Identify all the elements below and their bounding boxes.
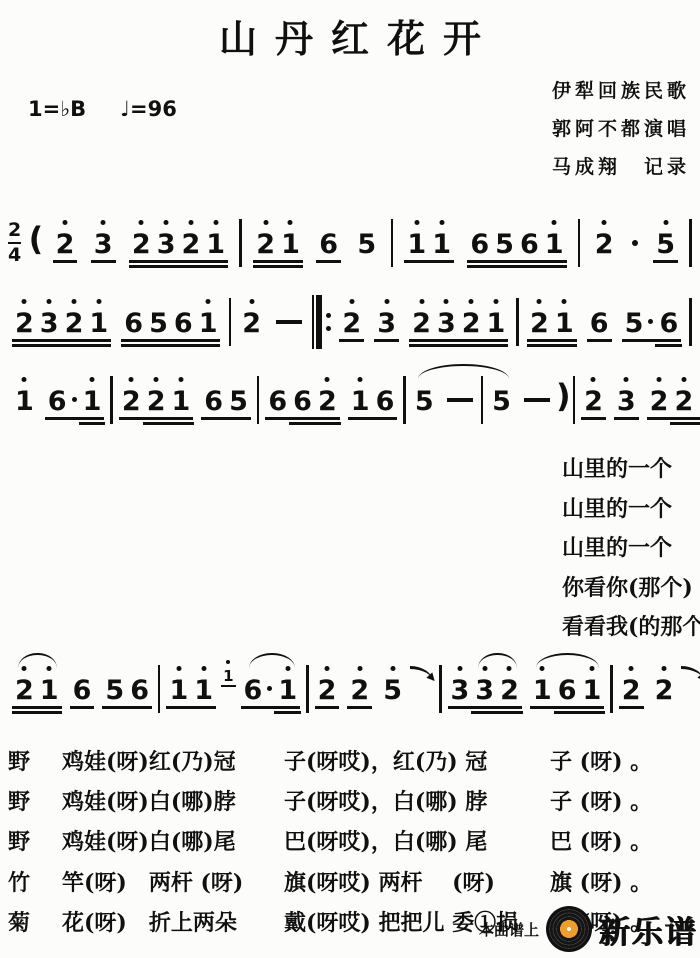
- octave-dot: [96, 299, 101, 304]
- note-group: 2: [579, 374, 608, 427]
- note: 1: [530, 663, 555, 704]
- watermark-prefix: 本曲谱上: [479, 919, 539, 940]
- credits-block: 伊犁回族民歌 郭阿不都演唱 马成翔 记录: [552, 72, 690, 186]
- note-group: 2321: [407, 296, 510, 349]
- score-line-4: 2165611161225332161220: [8, 652, 694, 726]
- pickup-lyric-line: 山里的一个: [562, 490, 700, 530]
- score-line-1: 24(232321216511656125: [8, 206, 694, 280]
- vinyl-record-icon: [546, 906, 592, 952]
- octave-dot: [201, 666, 206, 671]
- tempo-marking: ♩=96: [120, 97, 177, 121]
- note: 2: [12, 296, 37, 337]
- note: 6: [121, 296, 146, 337]
- note-group: 61: [43, 374, 107, 427]
- note-group: 61: [239, 663, 303, 716]
- note-group: 221: [117, 374, 195, 427]
- verse-row: 野鸡娃(呀)白(哪)尾巴(呀哎)，白(哪) 尾巴 (呀) 。: [8, 821, 700, 861]
- barline: [689, 219, 692, 267]
- barline: [110, 376, 113, 424]
- note: 1: [579, 663, 604, 704]
- note: 2: [581, 374, 606, 415]
- barline: [689, 298, 692, 346]
- octave-dot: [154, 377, 159, 382]
- note-group: 65: [199, 374, 253, 427]
- note-group: 2: [51, 217, 80, 270]
- octave-dot: [357, 666, 362, 671]
- verse-segment: 鸡娃(呀)白(哪)尾: [62, 825, 284, 856]
- note: 3: [374, 296, 399, 337]
- note: 6: [587, 296, 612, 337]
- note: 1: [191, 663, 216, 704]
- note-group: 6561: [119, 296, 222, 349]
- note: 2: [253, 217, 278, 258]
- note: 2: [459, 296, 484, 337]
- octave-dot: [47, 299, 52, 304]
- augmentation-dot: [267, 686, 272, 691]
- note-group: 662: [263, 374, 341, 427]
- octave-dot: [439, 220, 444, 225]
- octave-dot: [62, 220, 67, 225]
- octave-dot: [349, 299, 354, 304]
- octave-dot: [176, 666, 181, 671]
- note-group: 161: [528, 663, 606, 716]
- note-group: 6561: [465, 217, 568, 270]
- note-group: 21: [525, 296, 579, 349]
- watermark-brand: 新乐谱: [599, 907, 698, 952]
- octave-dot: [629, 666, 634, 671]
- half-note-dash: [447, 398, 473, 402]
- note: 2: [647, 374, 672, 415]
- octave-dot: [263, 220, 268, 225]
- verse-segment: 鸡娃(呀)白(哪)脖: [62, 785, 284, 816]
- note-group: 5: [410, 374, 439, 427]
- note-group: 2: [237, 296, 266, 349]
- half-note-dash: [524, 398, 550, 402]
- score-line-2: 23216561223232121656: [8, 285, 694, 359]
- note: 2: [592, 217, 617, 258]
- credit-source: 伊犁回族民歌: [552, 72, 690, 110]
- barline: [229, 298, 232, 346]
- note: 5: [622, 296, 657, 337]
- octave-dot: [414, 220, 419, 225]
- score-line-3: 161221656621655)23223: [8, 363, 694, 437]
- note: 1: [12, 374, 37, 415]
- time-signature: 24: [8, 221, 21, 265]
- note: 6: [373, 374, 398, 415]
- note-group: 2: [617, 663, 646, 716]
- watermark-footer: 本曲谱上 新乐谱: [479, 906, 698, 952]
- octave-dot: [213, 220, 218, 225]
- octave-dot: [419, 299, 424, 304]
- note: 3: [448, 663, 473, 704]
- slur-arc: [418, 364, 509, 379]
- verse-segment: 子 (呀) 。: [550, 745, 700, 776]
- note-group: 2: [337, 296, 366, 349]
- half-note-dash: [276, 320, 302, 324]
- octave-dot: [444, 299, 449, 304]
- note: 6: [171, 296, 196, 337]
- barline: [239, 219, 242, 267]
- verse-segment: 菊: [8, 906, 62, 937]
- note: 6: [517, 217, 542, 258]
- note: 5: [489, 374, 514, 415]
- paren: (: [29, 220, 44, 258]
- sheet-music-page: 山丹红花开 1=♭B♩=96 伊犁回族民歌 郭阿不都演唱 马成翔 记录 24(2…: [0, 0, 700, 958]
- pickup-lyric-line: 你看你(那个): [562, 569, 700, 609]
- note-group: 6: [585, 296, 614, 349]
- verse-segment: 野: [8, 825, 62, 856]
- octave-dot: [602, 220, 607, 225]
- note: 5: [354, 217, 379, 258]
- octave-dot: [591, 377, 596, 382]
- pickup-lyric-line: 山里的一个: [562, 529, 700, 569]
- note: 1: [37, 663, 62, 704]
- note-group: 2: [650, 663, 679, 716]
- note: 2: [12, 663, 37, 704]
- note: 6: [656, 296, 681, 337]
- note: 3: [37, 296, 62, 337]
- note: 2: [239, 296, 264, 337]
- note-group: 56: [100, 663, 154, 716]
- note: 6: [127, 663, 152, 704]
- slur-arc: [18, 653, 56, 668]
- note: 1: [203, 217, 228, 258]
- note-group: 5: [352, 217, 381, 270]
- barline: [481, 376, 484, 424]
- note-group: 2321: [127, 217, 230, 270]
- note: 2: [129, 217, 154, 258]
- verse-row: 竹竿(呀) 两杆 (呀)旗(呀哎) 两杆 (呀)旗 (呀) 。: [8, 861, 700, 901]
- note: 2: [62, 296, 87, 337]
- octave-dot: [129, 377, 134, 382]
- barline: [403, 376, 406, 424]
- note: 1: [168, 374, 193, 415]
- note: 5: [653, 217, 678, 258]
- octave-dot: [681, 377, 686, 382]
- octave-dot: [139, 220, 144, 225]
- paren: ): [556, 377, 571, 415]
- note: 5: [226, 374, 251, 415]
- barline: [306, 665, 309, 713]
- note: 3: [91, 217, 116, 258]
- key-tempo-line: 1=♭B♩=96: [28, 97, 177, 121]
- note-group: 5: [487, 374, 516, 427]
- barline: [391, 219, 394, 267]
- pickup-lyric-line: 看看我(的那个): [562, 608, 700, 648]
- note: 6: [467, 217, 492, 258]
- note: 1: [404, 217, 429, 258]
- note: 2: [409, 296, 434, 337]
- note: 5: [492, 217, 517, 258]
- note-group: 223: [645, 374, 700, 427]
- octave-dot: [624, 377, 629, 382]
- song-title: 山丹红花开: [0, 8, 700, 63]
- octave-dot: [493, 299, 498, 304]
- octave-dot: [457, 666, 462, 671]
- octave-dot: [101, 220, 106, 225]
- octave-dot: [325, 666, 330, 671]
- verse-segment: 野: [8, 745, 62, 776]
- verse-row: 野鸡娃(呀)白(哪)脖子(呀哎)，白(哪) 脖子 (呀) 。: [8, 780, 700, 820]
- octave-dot: [164, 220, 169, 225]
- note-group: 2321: [10, 296, 113, 349]
- barline: [578, 219, 581, 267]
- note: 1: [278, 217, 303, 258]
- barline: [610, 665, 613, 713]
- note: 6: [316, 217, 341, 258]
- verse-segment: 野: [8, 785, 62, 816]
- note: 2: [339, 296, 364, 337]
- verse-segment: 旗 (呀) 。: [550, 866, 700, 897]
- note: 6: [70, 663, 95, 704]
- note: 2: [315, 374, 340, 415]
- key-signature: 1=♭B: [28, 97, 86, 121]
- slur-arc: [478, 653, 516, 668]
- note-group: 6: [68, 663, 97, 716]
- note: 1: [196, 296, 221, 337]
- verse-segment: 子(呀哎)，白(哪) 脖: [284, 785, 550, 816]
- note: 1: [429, 217, 454, 258]
- note-group: 16: [346, 374, 400, 427]
- octave-dot: [663, 220, 668, 225]
- octave-dot: [188, 220, 193, 225]
- octave-dot: [178, 377, 183, 382]
- credit-transcriber: 马成翔 记录: [552, 148, 690, 186]
- verse-segment: 巴 (呀) 。: [550, 825, 700, 856]
- augmentation-dot: [632, 240, 638, 246]
- note: 2: [178, 217, 203, 258]
- note: 2: [53, 217, 78, 258]
- note: 1: [348, 374, 373, 415]
- slur-arc: [536, 653, 599, 668]
- verse-row: 野鸡娃(呀)红(乃)冠子(呀哎)，红(乃) 冠子 (呀) 。: [8, 740, 700, 780]
- verse-segment: 旗(呀哎) 两杆 (呀): [284, 866, 550, 897]
- octave-dot: [226, 660, 230, 664]
- barline: [439, 665, 442, 713]
- note-group: 3: [372, 296, 401, 349]
- note-group: 56: [620, 296, 684, 349]
- note-group: 21: [251, 217, 305, 270]
- note: 2: [144, 374, 169, 415]
- verse-segment: 子 (呀) 。: [550, 785, 700, 816]
- note: 1: [166, 663, 191, 704]
- octave-dot: [469, 299, 474, 304]
- note-group: 11: [402, 217, 456, 270]
- note: 6: [265, 374, 290, 415]
- note-group: 2: [345, 663, 374, 716]
- octave-dot: [384, 299, 389, 304]
- note: 2: [347, 663, 372, 704]
- grace-note: 1: [221, 660, 235, 687]
- note-group: 11: [164, 663, 218, 716]
- octave-dot: [89, 377, 94, 382]
- octave-dot: [661, 666, 666, 671]
- note: 5: [102, 663, 127, 704]
- octave-dot: [288, 220, 293, 225]
- note: 1: [275, 663, 300, 704]
- octave-dot: [22, 299, 27, 304]
- octave-dot: [22, 377, 27, 382]
- glissando-down-icon: [681, 666, 700, 682]
- note: 2: [497, 663, 522, 704]
- note: 2: [119, 374, 144, 415]
- note: 6: [45, 374, 80, 415]
- note-group: 6: [314, 217, 343, 270]
- verse-segment: 花(呀) 折上两朵: [62, 906, 284, 937]
- augmentation-dot: [648, 319, 653, 324]
- note: 6: [555, 663, 580, 704]
- credit-performer: 郭阿不都演唱: [552, 110, 690, 148]
- note: 3: [154, 217, 179, 258]
- note: 2: [315, 663, 340, 704]
- octave-dot: [552, 220, 557, 225]
- repeat-start-barline: [312, 295, 331, 349]
- note: 6: [241, 663, 276, 704]
- barline: [257, 376, 260, 424]
- verse-segment: 鸡娃(呀)红(乃)冠: [62, 745, 284, 776]
- note: 2: [652, 663, 677, 704]
- note: 5: [412, 374, 437, 415]
- barline: [158, 665, 161, 713]
- note: 1: [86, 296, 111, 337]
- note-group: 3: [612, 374, 641, 427]
- note: 1: [80, 374, 105, 415]
- note: 5: [380, 663, 405, 704]
- note: 1: [484, 296, 509, 337]
- note: 3: [472, 663, 497, 704]
- note: 2: [619, 663, 644, 704]
- note-group: 5: [651, 217, 680, 270]
- slur-arc: [249, 653, 295, 668]
- octave-dot: [657, 377, 662, 382]
- note: 2: [671, 374, 696, 415]
- note: 1: [552, 296, 577, 337]
- barline: [516, 298, 519, 346]
- note-group: 21: [10, 663, 64, 716]
- note-group: 332: [446, 663, 524, 716]
- barline: [573, 376, 576, 424]
- note: 6: [201, 374, 226, 415]
- verse-segment: 巴(呀哎)，白(哪) 尾: [284, 825, 550, 856]
- octave-dot: [249, 299, 254, 304]
- note: 3: [614, 374, 639, 415]
- octave-dot: [537, 299, 542, 304]
- glissando-down-icon: [410, 666, 436, 682]
- pickup-lyric-line: 山里的一个: [562, 450, 700, 490]
- note-group: 1: [10, 374, 39, 427]
- note: 2: [527, 296, 552, 337]
- octave-dot: [390, 666, 395, 671]
- note: 1: [542, 217, 567, 258]
- octave-dot: [71, 299, 76, 304]
- note-group: 3: [89, 217, 118, 270]
- note-group: 2: [313, 663, 342, 716]
- octave-dot: [206, 299, 211, 304]
- note-group: 2: [590, 217, 619, 270]
- augmentation-dot: [72, 397, 77, 402]
- note-group: 5: [378, 663, 407, 716]
- octave-dot: [358, 377, 363, 382]
- note: 6: [290, 374, 315, 415]
- note: 3: [434, 296, 459, 337]
- verse-segment: 竹: [8, 866, 62, 897]
- pickup-lyrics-column: 山里的一个山里的一个山里的一个你看你(那个)看看我(的那个): [562, 450, 700, 648]
- verse-segment: 竿(呀) 两杆 (呀): [62, 866, 284, 897]
- octave-dot: [562, 299, 567, 304]
- note: 3: [696, 374, 700, 415]
- octave-dot: [325, 377, 330, 382]
- note: 5: [146, 296, 171, 337]
- verse-segment: 子(呀哎)，红(乃) 冠: [284, 745, 550, 776]
